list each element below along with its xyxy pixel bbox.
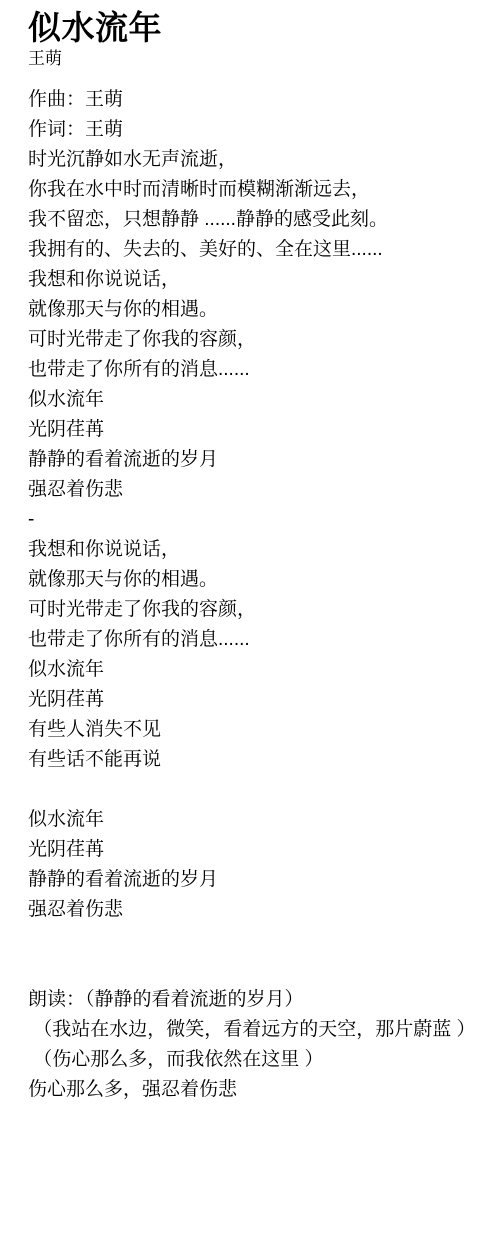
lyrics-line: 你我在水中时而清晰时而模糊渐渐远去， [28,175,490,205]
lyrics-line: - [28,505,490,535]
lyrics-line: 时光沉静如水无声流逝， [28,145,490,175]
lyrics-line: 静静的看着流逝的岁月 [28,445,490,475]
lyrics-line: 可时光带走了你我的容颜， [28,325,490,355]
lyrics-line [28,775,490,805]
lyrics-line: 强忍着伤悲 [28,895,490,925]
lyrics-line: 可时光带走了你我的容颜， [28,595,490,625]
song-title: 似水流年 [28,8,490,48]
lyrics-line: 就像那天与你的相遇。 [28,565,490,595]
lyrics-line: 有些话不能再说 [28,745,490,775]
lyrics-line [28,955,490,985]
lyrics-line: 我想和你说说话， [28,535,490,565]
lyrics-line: 朗读：（静静的看着流逝的岁月） [28,985,490,1015]
lyrics-line: 我拥有的、失去的、美好的、全在这里...... [28,235,490,265]
lyrics-line: 光阴荏苒 [28,415,490,445]
lyrics-line: 静静的看着流逝的岁月 [28,865,490,895]
lyrics-line: 我不留恋，只想静静 ......静静的感受此刻。 [28,205,490,235]
lyrics-line: 有些人消失不见 [28,715,490,745]
lyrics-page: 似水流年 王萌 作曲：王萌作词：王萌时光沉静如水无声流逝，你我在水中时而清晰时而… [0,0,500,1125]
lyrics-line: （伤心那么多，而我依然在这里 ） [28,1045,490,1075]
lyrics-line: 作词：王萌 [28,115,490,145]
lyrics-line: 伤心那么多，强忍着伤悲 [28,1075,490,1105]
lyrics-body: 作曲：王萌作词：王萌时光沉静如水无声流逝，你我在水中时而清晰时而模糊渐渐远去，我… [28,85,490,1105]
lyrics-line: 就像那天与你的相遇。 [28,295,490,325]
lyrics-line [28,925,490,955]
lyrics-line: （我站在水边，微笑，看着远方的天空，那片蔚蓝 ） [28,1015,490,1045]
lyrics-line: 我想和你说说话， [28,265,490,295]
lyrics-line: 也带走了你所有的消息...... [28,625,490,655]
lyrics-line: 光阴荏苒 [28,835,490,865]
lyrics-line: 作曲：王萌 [28,85,490,115]
lyrics-line: 强忍着伤悲 [28,475,490,505]
lyrics-line: 似水流年 [28,655,490,685]
lyrics-line: 似水流年 [28,385,490,415]
artist-name: 王萌 [28,48,490,70]
lyrics-line: 似水流年 [28,805,490,835]
lyrics-line: 也带走了你所有的消息...... [28,355,490,385]
lyrics-line: 光阴荏苒 [28,685,490,715]
